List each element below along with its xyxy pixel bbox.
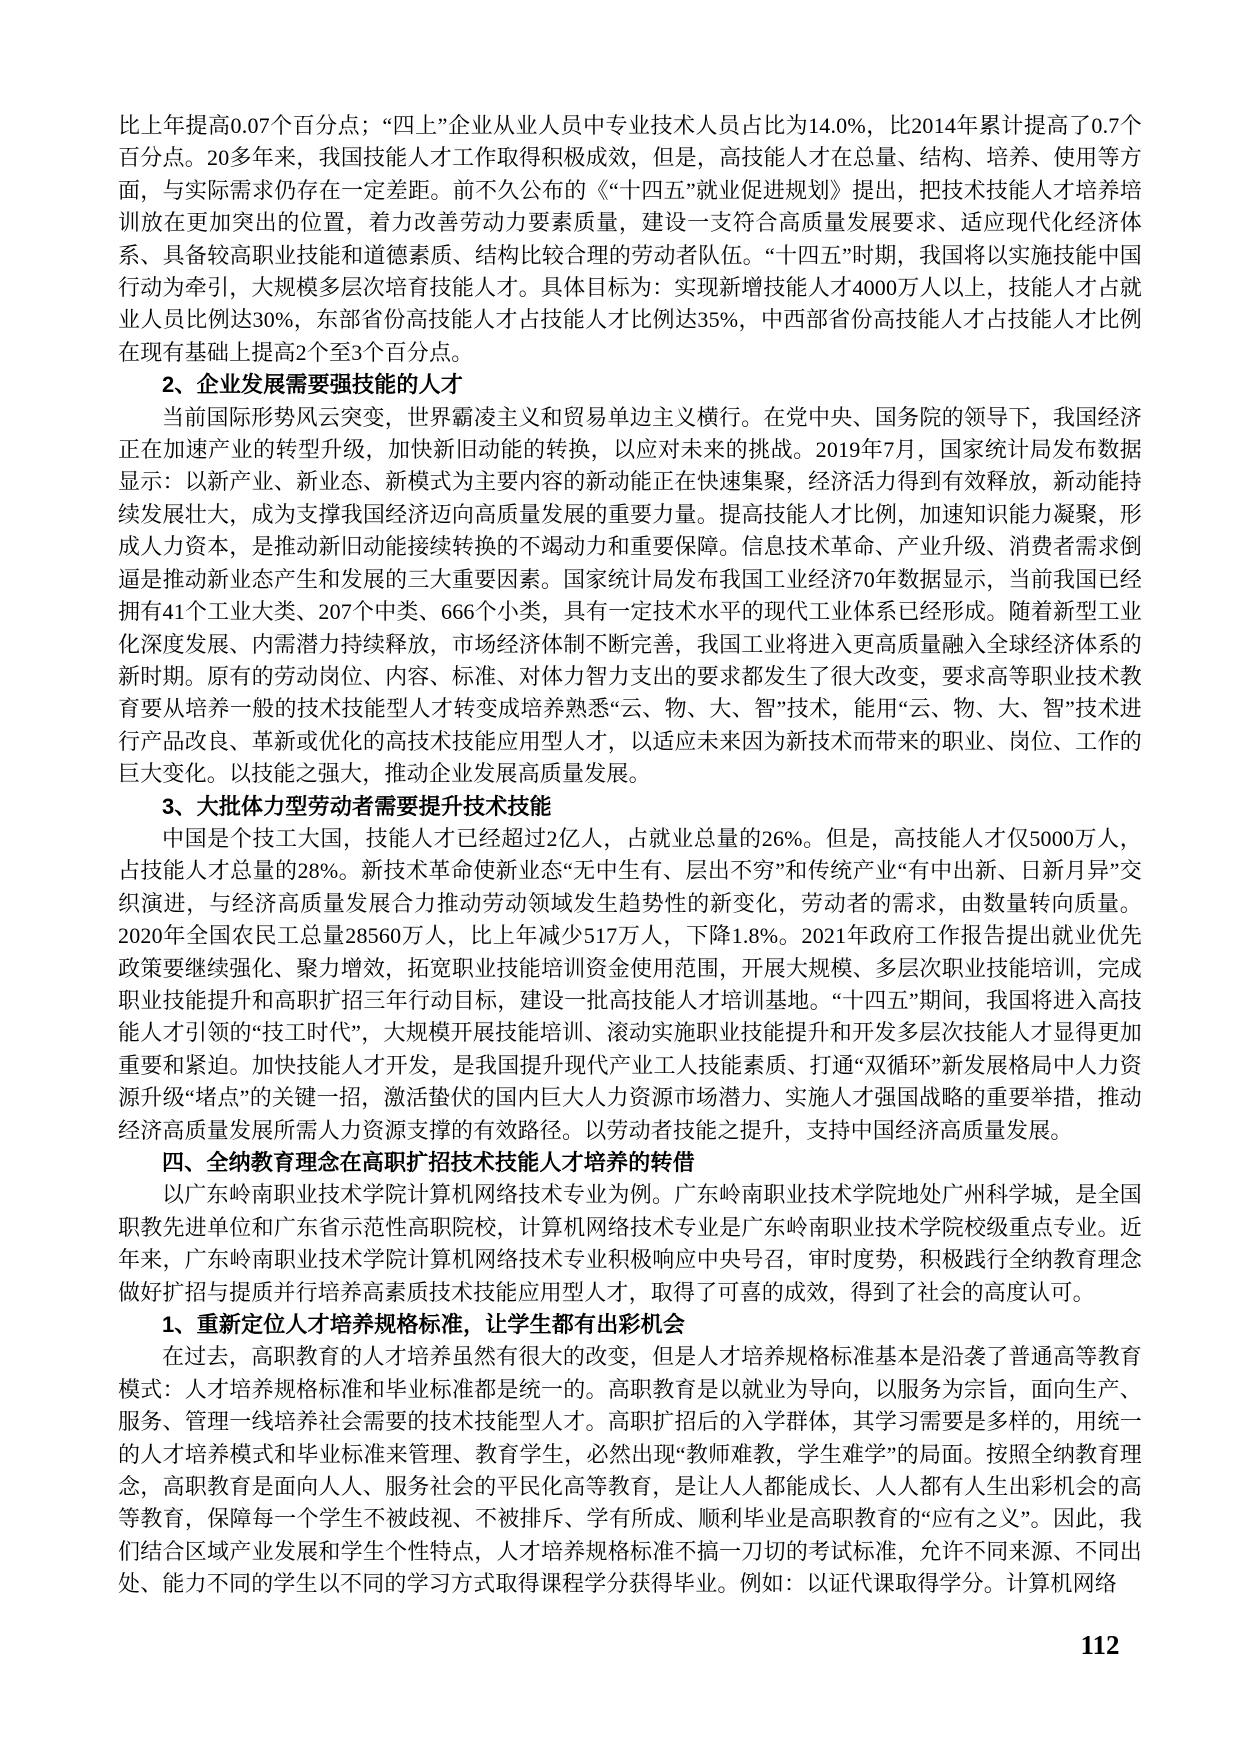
section-heading-1-talent-standards: 1、重新定位人才培养规格标准，让学生都有出彩机会 (118, 1309, 1142, 1341)
page-number: 112 (1040, 1630, 1160, 1661)
section-heading-3-laborers-upskilling: 3、大批体力型劳动者需要提升技术技能 (118, 791, 1142, 823)
paragraph-enterprise-development: 当前国际形势风云突变，世界霸凌主义和贸易单边主义横行。在党中央、国务院的领导下，… (118, 402, 1142, 791)
paragraph-laborers-upskilling: 中国是个技工大国，技能人才已经超过2亿人，占就业总量的26%。但是，高技能人才仅… (118, 823, 1142, 1147)
section-heading-2-enterprise-needs: 2、企业发展需要强技能的人才 (118, 369, 1142, 401)
document-page: 比上年提高0.07个百分点；“四上”企业从业人员中专业技术人员占比为14.0%，… (0, 0, 1240, 1753)
paragraph-talent-standards: 在过去，高职教育的人才培养虽然有很大的改变，但是人才培养规格标准基本是沿袭了普通… (118, 1341, 1142, 1600)
paragraph-skills-talent-continuation: 比上年提高0.07个百分点；“四上”企业从业人员中专业技术人员占比为14.0%，… (118, 110, 1142, 369)
section-heading-4-inclusive-education: 四、全纳教育理念在高职扩招技术技能人才培养的转借 (118, 1147, 1142, 1179)
paragraph-college-case-intro: 以广东岭南职业技术学院计算机网络技术专业为例。广东岭南职业技术学院地处广州科学城… (118, 1179, 1142, 1309)
article-body: 比上年提高0.07个百分点；“四上”企业从业人员中专业技术人员占比为14.0%，… (118, 110, 1142, 1601)
